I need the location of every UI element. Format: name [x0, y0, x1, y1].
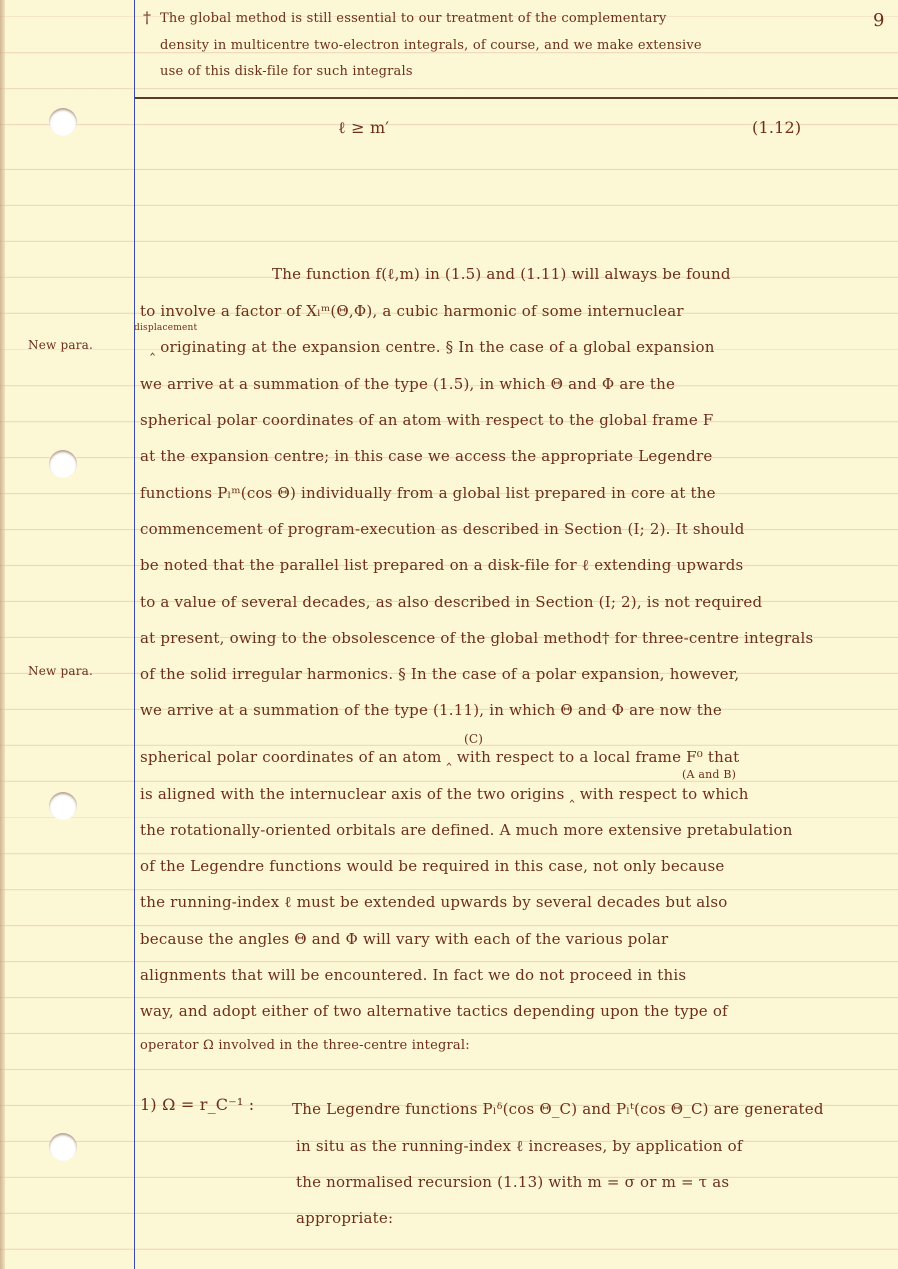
body-line: at the expansion centre; in this case we… [140, 447, 712, 465]
item-1-label: 1) Ω = r_C⁻¹ : [140, 1095, 254, 1114]
body-line: of the Legendre functions would be requi… [140, 857, 725, 875]
body-line: way, and adopt either of two alternative… [140, 1002, 728, 1020]
body-line: of the solid irregular harmonics. § In t… [140, 665, 739, 683]
body-line: we arrive at a summation of the type (1.… [140, 375, 675, 393]
body-line: be noted that the parallel list prepared… [140, 556, 743, 575]
body-line: The function f(ℓ,m) in (1.5) and (1.11) … [272, 265, 731, 284]
body-line: is aligned with the internuclear axis of… [140, 785, 749, 803]
body-line: alignments that will be encountered. In … [140, 966, 686, 984]
footnote-line: use of this disk-file for such integrals [160, 64, 413, 79]
body-line: to a value of several decades, as also d… [140, 593, 762, 611]
punch-hole [49, 450, 77, 478]
body-line: the running-index ℓ must be extended upw… [140, 893, 728, 912]
insertion-displacement: displacement [134, 323, 197, 333]
body-line: spherical polar coordinates of an atom ‸… [140, 748, 739, 766]
body-line: functions Pₗᵐ(cos Θ) individually from a… [140, 484, 716, 502]
body-line: operator Ω involved in the three-centre … [140, 1038, 470, 1053]
page-number: 9 [873, 10, 885, 31]
notebook-page: † The global method is still essential t… [0, 0, 898, 1269]
footnote-line: density in multicentre two-electron inte… [160, 38, 702, 53]
footnote-divider [135, 97, 898, 99]
item-1-line: the normalised recursion (1.13) with m =… [296, 1173, 729, 1191]
margin-note-new-para: New para. [28, 338, 93, 352]
body-line: at present, owing to the obsolescence of… [140, 629, 813, 647]
insertion-atom-label: (C) [464, 732, 483, 746]
body-line: to involve a factor of Xₗᵐ(Θ,Φ), a cubic… [140, 302, 684, 320]
body-line: we arrive at a summation of the type (1.… [140, 701, 722, 719]
insertion-origins-label: (A and B) [682, 768, 736, 781]
punch-hole [49, 792, 77, 820]
punch-hole [49, 108, 77, 136]
footnote-marker: † [143, 8, 151, 27]
equation-expression: ℓ ≥ m′ [338, 118, 389, 138]
margin-rule [134, 0, 135, 1269]
body-line: ‸ originating at the expansion centre. §… [150, 338, 715, 356]
body-line: commencement of program-execution as des… [140, 520, 745, 538]
margin-note-new-para: New para. [28, 664, 93, 678]
item-1-line: The Legendre functions Pₗᵟ(cos Θ_C) and … [292, 1100, 824, 1118]
item-1-line: in situ as the running-index ℓ increases… [296, 1137, 743, 1156]
item-1-line: appropriate: [296, 1209, 393, 1227]
equation-label: (1.12) [752, 118, 801, 137]
body-line: spherical polar coordinates of an atom w… [140, 411, 714, 429]
body-line: the rotationally-oriented orbitals are d… [140, 821, 793, 839]
body-line: because the angles Θ and Φ will vary wit… [140, 930, 668, 948]
punch-hole [49, 1133, 77, 1161]
footnote-line: The global method is still essential to … [160, 11, 667, 26]
page-edge [0, 0, 5, 1269]
